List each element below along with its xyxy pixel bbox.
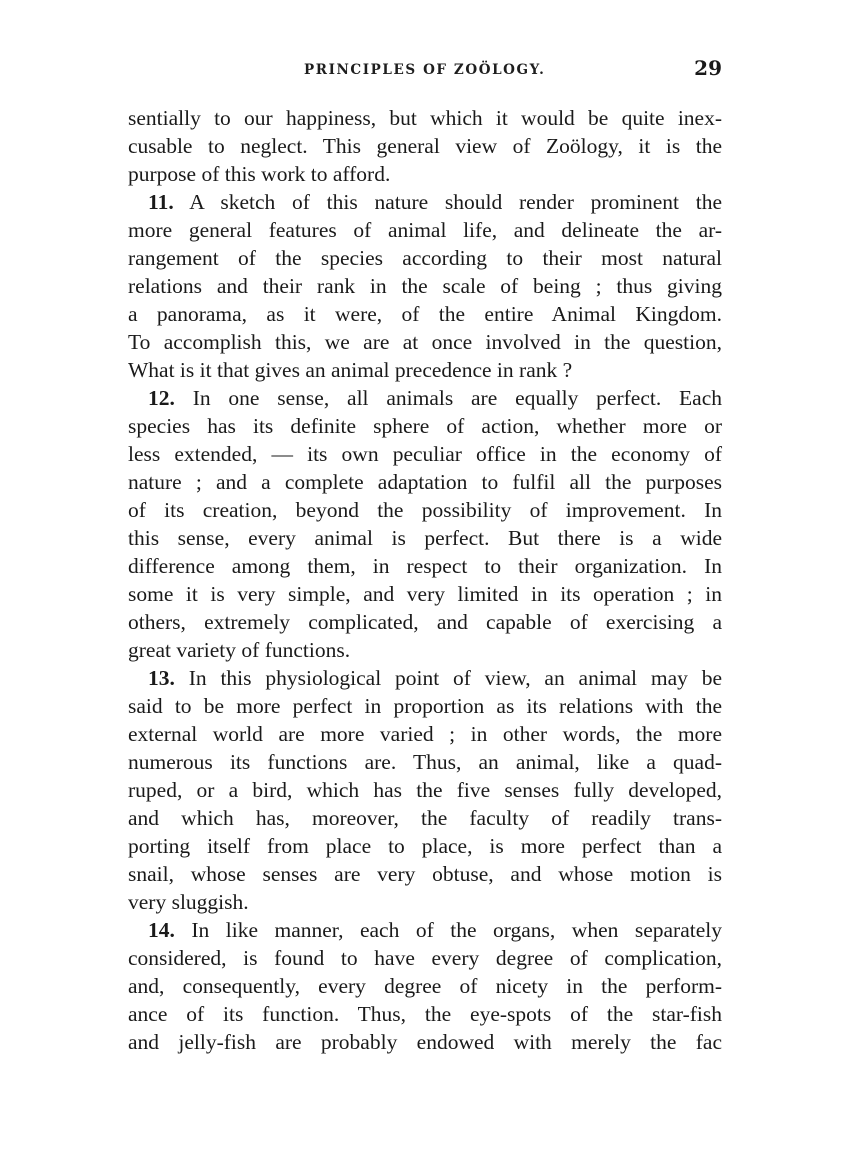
text-line: sentially to our happiness, but which it… (128, 104, 722, 132)
line-text: In this physiological point of view, an … (189, 666, 722, 690)
line-text: ance of its function. Thus, the eye-spot… (128, 1002, 722, 1026)
text-line: difference among them, in respect to the… (128, 552, 722, 580)
text-line: more general features of animal life, an… (128, 216, 722, 244)
line-text: To accomplish this, we are at once invol… (128, 330, 722, 354)
line-text: A sketch of this nature should render pr… (189, 190, 722, 214)
text-line: and which has, moreover, the faculty of … (128, 804, 722, 832)
line-text: relations and their rank in the scale of… (128, 274, 722, 298)
paragraph-number: 12. (148, 386, 175, 410)
line-text: others, extremely complicated, and capab… (128, 610, 722, 634)
line-text: What is it that gives an animal preceden… (128, 358, 572, 382)
paragraph-start-line: 12. In one sense, all animals are equall… (128, 384, 722, 412)
text-line: snail, whose senses are very obtuse, and… (128, 860, 722, 888)
line-text: great variety of functions. (128, 638, 350, 662)
line-text: and jelly-fish are probably endowed with… (128, 1030, 722, 1054)
text-line: of its creation, beyond the possibility … (128, 496, 722, 524)
line-text: said to be more perfect in proportion as… (128, 694, 722, 718)
line-text: nature ; and a complete adaptation to fu… (128, 470, 722, 494)
text-line: cusable to neglect. This general view of… (128, 132, 722, 160)
text-line: and jelly-fish are probably endowed with… (128, 1028, 722, 1056)
text-line: purpose of this work to afford. (128, 160, 722, 188)
line-text: In one sense, all animals are equally pe… (193, 386, 722, 410)
text-line: considered, is found to have every degre… (128, 944, 722, 972)
paragraph-start-line: 14. In like manner, each of the organs, … (128, 916, 722, 944)
line-text: considered, is found to have every degre… (128, 946, 722, 970)
line-text: species has its definite sphere of actio… (128, 414, 722, 438)
line-text: external world are more varied ; in othe… (128, 722, 722, 746)
text-line: great variety of functions. (128, 636, 722, 664)
line-text: porting itself from place to place, is m… (128, 834, 722, 858)
line-text: difference among them, in respect to the… (128, 554, 722, 578)
line-text: more general features of animal life, an… (128, 218, 722, 242)
line-text: numerous its functions are. Thus, an ani… (128, 750, 722, 774)
text-line: porting itself from place to place, is m… (128, 832, 722, 860)
line-text: this sense, every animal is perfect. But… (128, 526, 722, 550)
text-line: relations and their rank in the scale of… (128, 272, 722, 300)
line-text: sentially to our happiness, but which it… (128, 106, 722, 130)
paragraph-number: 13. (148, 666, 175, 690)
line-text: purpose of this work to afford. (128, 162, 390, 186)
text-line: external world are more varied ; in othe… (128, 720, 722, 748)
line-text: very sluggish. (128, 890, 249, 914)
text-line: a panorama, as it were, of the entire An… (128, 300, 722, 328)
line-text: of its creation, beyond the possibility … (128, 498, 722, 522)
text-line: very sluggish. (128, 888, 722, 916)
page-number: 29 (694, 56, 722, 80)
running-title: PRINCIPLES OF ZOÖLOGY. (304, 58, 545, 82)
text-line: To accomplish this, we are at once invol… (128, 328, 722, 356)
text-line: What is it that gives an animal preceden… (128, 356, 722, 384)
paragraph-number: 11. (148, 190, 174, 214)
line-text: rangement of the species according to th… (128, 246, 722, 270)
text-line: others, extremely complicated, and capab… (128, 608, 722, 636)
line-text: In like manner, each of the organs, when… (191, 918, 722, 942)
text-line: numerous its functions are. Thus, an ani… (128, 748, 722, 776)
text-line: ance of its function. Thus, the eye-spot… (128, 1000, 722, 1028)
text-line: this sense, every animal is perfect. But… (128, 524, 722, 552)
text-line: and, consequently, every degree of nicet… (128, 972, 722, 1000)
text-line: said to be more perfect in proportion as… (128, 692, 722, 720)
paragraph-start-line: 13. In this physiological point of view,… (128, 664, 722, 692)
line-text: cusable to neglect. This general view of… (128, 134, 722, 158)
text-line: nature ; and a complete adaptation to fu… (128, 468, 722, 496)
text-line: some it is very simple, and very limited… (128, 580, 722, 608)
line-text: ruped, or a bird, which has the five sen… (128, 778, 722, 802)
line-text: a panorama, as it were, of the entire An… (128, 302, 722, 326)
text-line: less extended, — its own peculiar office… (128, 440, 722, 468)
paragraph-start-line: 11. A sketch of this nature should rende… (128, 188, 722, 216)
running-head: PRINCIPLES OF ZOÖLOGY. 29 (128, 58, 722, 82)
line-text: some it is very simple, and very limited… (128, 582, 722, 606)
text-line: rangement of the species according to th… (128, 244, 722, 272)
paragraph-number: 14. (148, 918, 175, 942)
line-text: and, consequently, every degree of nicet… (128, 974, 722, 998)
text-line: species has its definite sphere of actio… (128, 412, 722, 440)
line-text: and which has, moreover, the faculty of … (128, 806, 722, 830)
line-text: less extended, — its own peculiar office… (128, 442, 722, 466)
body-text: sentially to our happiness, but which it… (128, 104, 722, 1056)
line-text: snail, whose senses are very obtuse, and… (128, 862, 722, 886)
text-line: ruped, or a bird, which has the five sen… (128, 776, 722, 804)
